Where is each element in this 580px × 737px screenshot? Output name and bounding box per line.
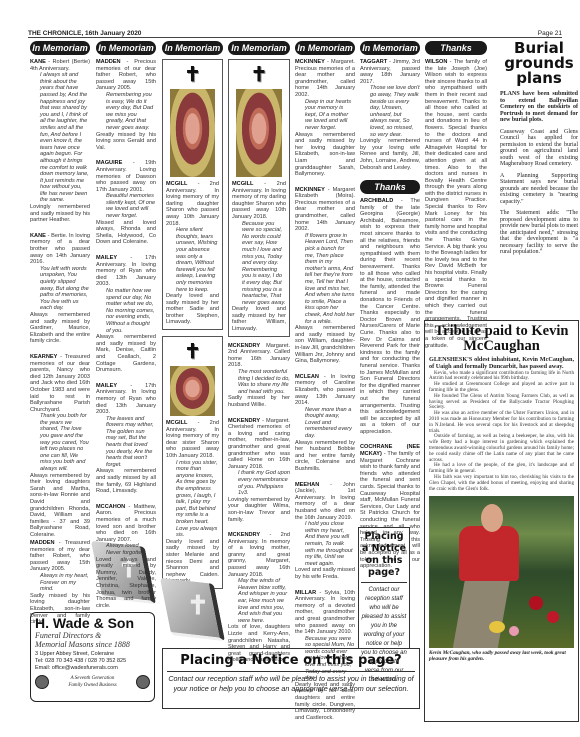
portrait-photo	[170, 366, 215, 416]
tribute-article: Tribute paid to Kevin McCaughan GLENSHES…	[424, 320, 579, 722]
notice: MCLEAN - In loving memory of Caroline El…	[295, 374, 355, 473]
notice: MCGILL - 2nd Anniversary. In loving memo…	[166, 420, 219, 585]
notice: ARCHIBALD - The family of the late Georg…	[360, 198, 420, 435]
tribute-body: Kevin, who made a significant contributi…	[429, 371, 574, 493]
notice: KANE - Robert (Bertie) 4th Anniversary.I…	[30, 59, 90, 224]
cross-icon: ✝	[166, 340, 219, 364]
ad-address: 3 Upper Abbey Street, Coleraine	[35, 651, 150, 658]
portrait-photo	[170, 89, 215, 177]
seal-icon	[136, 675, 150, 689]
burial-article: Burial grounds plans PLANS have been sub…	[500, 41, 578, 256]
notice: MAILEY - 17th Anniversary. In loving mem…	[96, 255, 156, 374]
placing-notice-body: Contact our reception staff who will be …	[167, 674, 415, 694]
placing-notice-title: Placing a Notice on this page?	[361, 531, 407, 583]
photo-notice-box: ✝ MCGILL - 2nd Anniversary. In loving me…	[162, 336, 223, 589]
burial-lead: PLANS have been submitted to extend Ball…	[500, 91, 578, 124]
notice: MAGUIRE - 19th Anniversary. Loving memor…	[96, 160, 156, 246]
column-1: In Memoriam KANE - Robert (Bertie) 4th A…	[30, 41, 90, 548]
column-6: In Memoriam TAGGART - Jimmy, 3rd Anniver…	[360, 41, 420, 579]
thanks-banner: Thanks	[425, 41, 487, 55]
page-number: Page 21	[538, 30, 562, 37]
column-4: In Memoriam ✝ MCGILL - 2nd Anniversary. …	[228, 41, 290, 673]
burial-para: A Planning Supporting Statement says new…	[500, 173, 578, 206]
tribute-lead: GLENSHESK'S oldest inhabitant, Kevin McC…	[429, 357, 574, 371]
photo-notice-box: ✝ MCGILL - 2nd Anniversary. In loving me…	[162, 59, 223, 330]
cross-icon: ✝	[166, 63, 219, 87]
in-memoriam-banner: In Memoriam	[96, 41, 156, 55]
kevin-photo	[429, 496, 574, 648]
burial-para: Causeway Coast and Glens Council has app…	[500, 129, 578, 168]
ad-phone: Tel: 028 70 343 438 / 028 70 352 825	[35, 658, 150, 665]
notice: MCKENDRY Margaret. 2nd Anniversary. Call…	[228, 343, 290, 409]
placing-notice-box: Placing a Notice on this page? Contact o…	[162, 648, 420, 709]
in-memoriam-banner: In Memoriam	[228, 41, 290, 55]
notice: KEARNEY - Treasured memories of our dear…	[30, 354, 90, 539]
notice: MCGILL - 2nd Anniversary. In loving memo…	[232, 181, 286, 333]
bible-icon: ✝	[165, 582, 220, 637]
column-7: Thanks WILSON - The family of the late J…	[425, 41, 487, 358]
burial-para: The Statement adds: "The proposed develo…	[500, 210, 578, 256]
thanks-banner: Thanks	[360, 180, 420, 194]
notice: MCGILL - 2nd Anniversary. In loving memo…	[166, 181, 219, 326]
column-2: In Memoriam MADDEN - Precious memories o…	[96, 41, 156, 618]
notice: MCKINNEY - Margaret Elizabeth (Moira). P…	[295, 187, 355, 365]
in-memoriam-banner: In Memoriam	[295, 41, 355, 55]
column-5: In Memoriam MCKINNEY - Margaret. Preciou…	[295, 41, 355, 730]
notice: MCCAHON - Matthew, Aaron. Precious memor…	[96, 504, 156, 610]
in-memoriam-banner: In Memoriam	[30, 41, 90, 55]
seal-icon	[35, 675, 49, 689]
notice: MCKENDRY - 2nd Anniversary. In memory of…	[228, 532, 290, 664]
notice: WILSON - The family of the late Joseph (…	[425, 59, 487, 349]
ad-business-name: H. Wade & Son	[35, 616, 150, 631]
notice: MCKENDRY - Margaret. Cherished memories …	[228, 418, 290, 524]
notice: MEEHAN - John (Jackie), 1st Anniversary.…	[295, 482, 355, 581]
ad-email: Email: office@wadesfunerals.com	[35, 665, 150, 672]
notice: MCKINNEY - Margaret. Precious memories o…	[295, 59, 355, 178]
notice: MAILEY - 17th Anniversary. In loving mem…	[96, 383, 156, 495]
masthead-date: THE CHRONICLE, 16th January 2020	[28, 30, 141, 37]
portrait-photo	[236, 89, 282, 177]
notice: MADDEN - Precious memories of our dear f…	[96, 59, 156, 151]
placing-notice-title: Placing a Notice on this page?	[167, 653, 415, 672]
page-header: THE CHRONICLE, 16th January 2020 Page 21	[28, 26, 562, 38]
burial-headline: Burial grounds plans	[500, 41, 578, 86]
notice: KANE - Bertie. In loving memory of a dea…	[30, 233, 90, 345]
cross-icon: ✝	[232, 63, 286, 87]
notice: TAGGART - Jimmy, 3rd Anniversary, passed…	[360, 59, 420, 171]
tribute-headline: Tribute paid to Kevin McCaughan	[429, 324, 574, 354]
photo-caption: Kevin McCaughan, who sadly passed away l…	[429, 650, 574, 662]
placing-notice-box-small: Placing a Notice on this page? Contact o…	[358, 527, 410, 649]
in-memoriam-banner: In Memoriam	[162, 41, 223, 55]
column-3: In Memoriam ✝ MCGILL - 2nd Anniversary. …	[162, 41, 223, 595]
photo-notice-box: ✝ MCGILL - 2nd Anniversary. In loving me…	[228, 59, 290, 337]
in-memoriam-banner: In Memoriam	[360, 41, 420, 55]
wade-funeral-ad: H. Wade & Son Funeral Directors & Memori…	[30, 612, 155, 702]
